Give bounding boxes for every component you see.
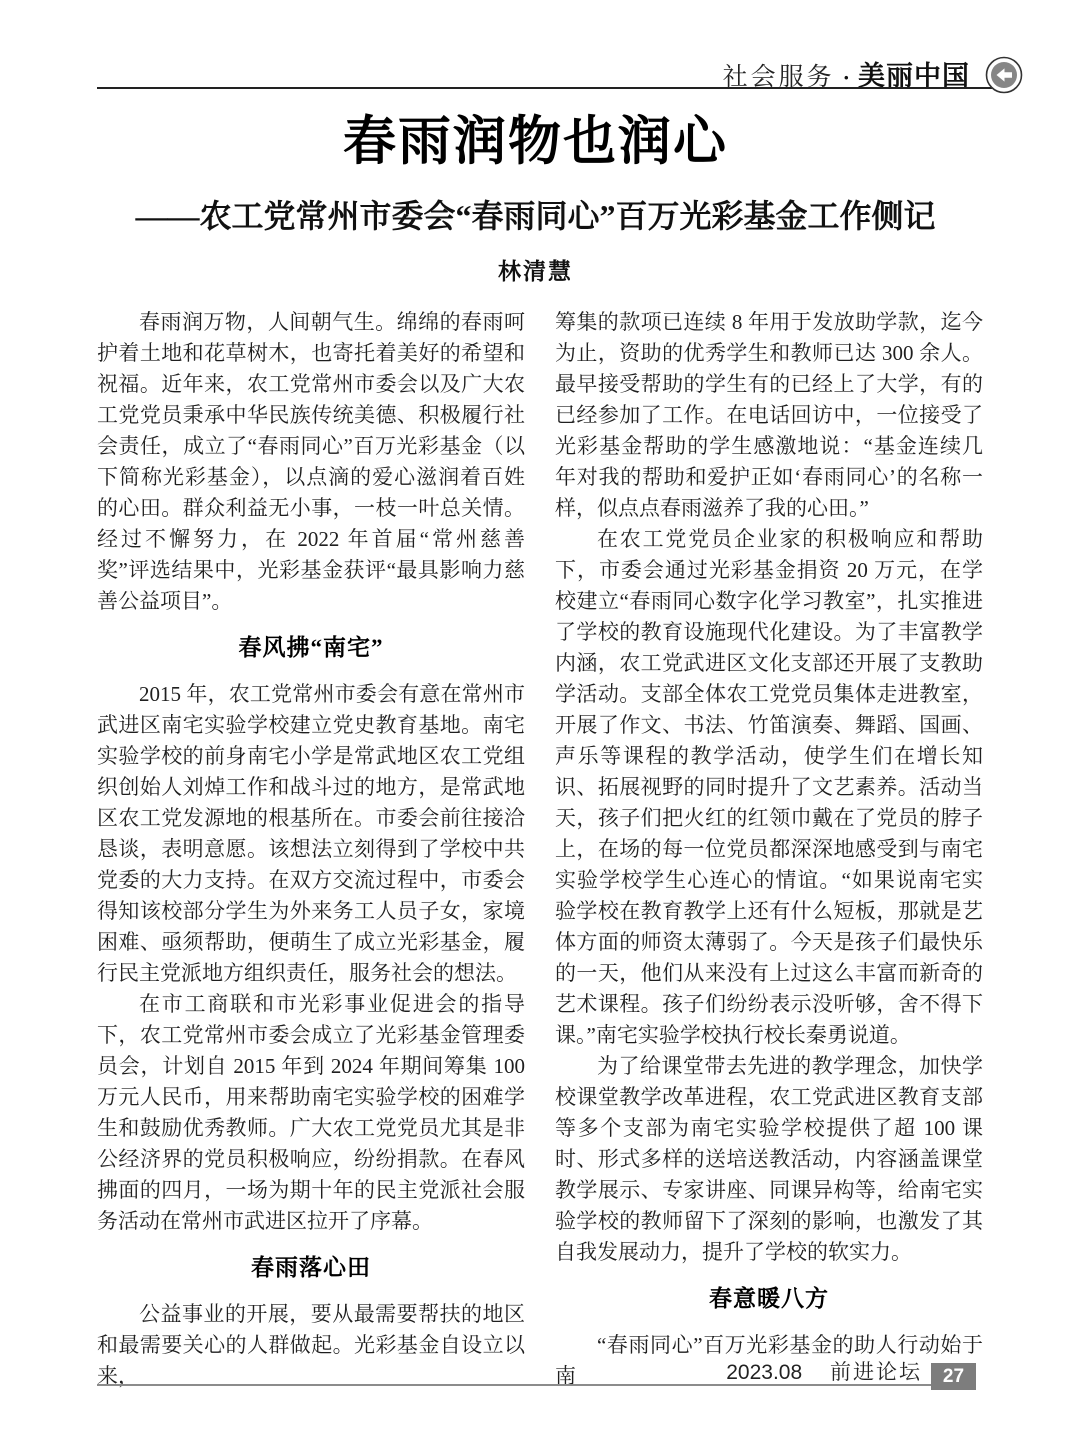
column-left: 春雨润万物，人间朝气生。绵绵的春雨呵护着土地和花草树木，也寄托着美好的希望和祝福… <box>97 307 525 1392</box>
article-author: 林清慧 <box>0 253 1071 286</box>
section-heading: 春风拂“南宅” <box>97 631 525 664</box>
column-right: 筹集的款项已连续 8 年用于发放助学款，迄今为止，资助的优秀学生和教师已达 30… <box>555 307 983 1392</box>
footer-meta: 2023.08 前进论坛 <box>0 1356 922 1386</box>
paragraph-continuation: 筹集的款项已连续 8 年用于发放助学款，迄今为止，资助的优秀学生和教师已达 30… <box>555 307 983 524</box>
footer-rule <box>97 1384 976 1386</box>
paragraph: 为了给课堂带去先进的教学理念，加快学校课堂教学改革进程，农工党武进区教育支部等多… <box>555 1051 983 1268</box>
article-title: 春雨润物也润心 <box>0 112 1071 172</box>
footer-journal-name: 前进论坛 <box>830 1361 922 1384</box>
section-heading: 春意暖八方 <box>555 1282 983 1315</box>
paragraph: 在市工商联和市光彩事业促进会的指导下，农工党常州市委会成立了光彩基金管理委员会，… <box>97 989 525 1237</box>
header-rule <box>97 87 1012 89</box>
footer-issue: 2023.08 <box>726 1361 802 1384</box>
paragraph: 在农工党党员企业家的积极响应和帮助下，市委会通过光彩基金捐资 20 万元，在学校… <box>555 524 983 1051</box>
paragraph: 2015 年，农工党常州市委会有意在常州市武进区南宅实验学校建立党史教育基地。南… <box>97 679 525 989</box>
return-arrow-icon <box>985 56 1023 94</box>
article-subtitle: ——农工党常州市委会“春雨同心”百万光彩基金工作侧记 <box>0 196 1071 236</box>
section-heading: 春雨落心田 <box>97 1251 525 1284</box>
paragraph: 春雨润万物，人间朝气生。绵绵的春雨呵护着土地和花草树木，也寄托着美好的希望和祝福… <box>97 307 525 617</box>
page-number-badge: 27 <box>931 1363 976 1390</box>
